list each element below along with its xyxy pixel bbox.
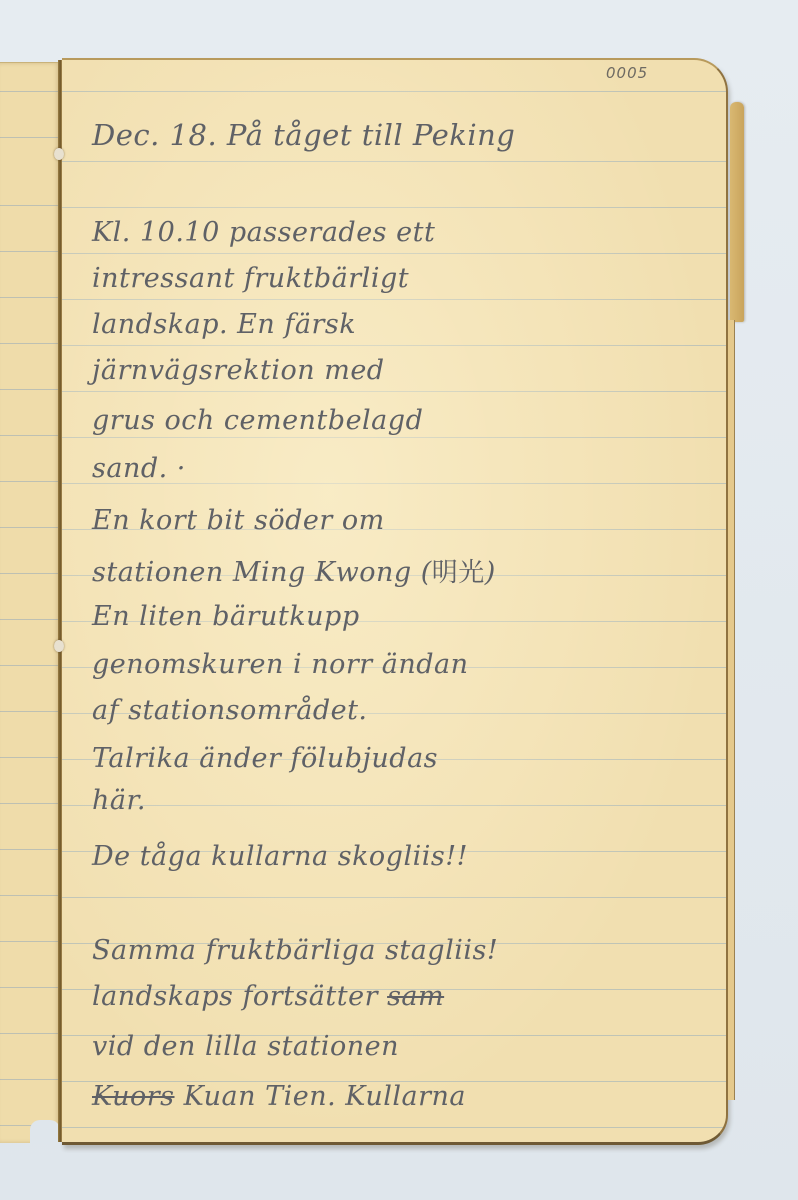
page-number: 0005 — [606, 64, 648, 82]
binding-stitch — [54, 640, 64, 652]
handwritten-line: landskaps fortsätter sam — [92, 980, 444, 1014]
page-edge-strip — [728, 320, 735, 1100]
closing-paren: ) — [485, 557, 496, 588]
handwritten-line: här. — [92, 784, 146, 818]
struck-out-word: Kuors — [92, 1081, 175, 1112]
handwritten-line: af stationsområdet. — [92, 694, 368, 728]
handwritten-line: En kort bit söder om — [92, 504, 385, 538]
handwritten-line: Talrika änder fölubjudas — [92, 742, 438, 776]
handwritten-line: En liten bärutkupp — [92, 600, 360, 634]
struck-out-word: sam — [387, 981, 444, 1012]
binding-stitch — [54, 148, 64, 160]
handwritten-line: stationen Ming Kwong (明光) — [92, 556, 496, 590]
handwritten-line: vid den lilla stationen — [92, 1030, 399, 1064]
handwritten-line: Kuors Kuan Tien. Kullarna — [92, 1080, 466, 1114]
handwritten-line: järnvägsrektion med — [92, 354, 385, 388]
station-name-text: stationen Ming Kwong ( — [92, 557, 432, 588]
entry-heading: Dec. 18. På tåget till Peking — [92, 118, 515, 152]
handwritten-line: Samma fruktbärliga stagliis! — [92, 934, 498, 968]
handwritten-line: intressant fruktbärligt — [92, 262, 409, 296]
scanned-notebook: 0005 Dec. 18. På tåget till Peking Kl. 1… — [0, 0, 798, 1200]
handwritten-line: De tåga kullarna skogliis!! — [92, 840, 468, 874]
handwritten-line: Kl. 10.10 passerades ett — [92, 216, 435, 250]
line-text: Kuan Tien. Kullarna — [175, 1081, 467, 1112]
handwritten-line: landskap. En färsk — [92, 308, 356, 342]
handwritten-line: sand. · — [92, 452, 186, 486]
binding-spine — [58, 60, 62, 1142]
handwritten-line: grus och cementbelagd — [92, 404, 423, 438]
chinese-characters: 明光 — [432, 558, 485, 588]
page-edge-tab — [730, 102, 744, 322]
line-text: landskaps fortsätter — [92, 981, 387, 1012]
handwritten-line: genomskuren i norr ändan — [92, 648, 469, 682]
page-tear-notch — [30, 1120, 60, 1144]
previous-page-edge — [0, 62, 60, 1143]
